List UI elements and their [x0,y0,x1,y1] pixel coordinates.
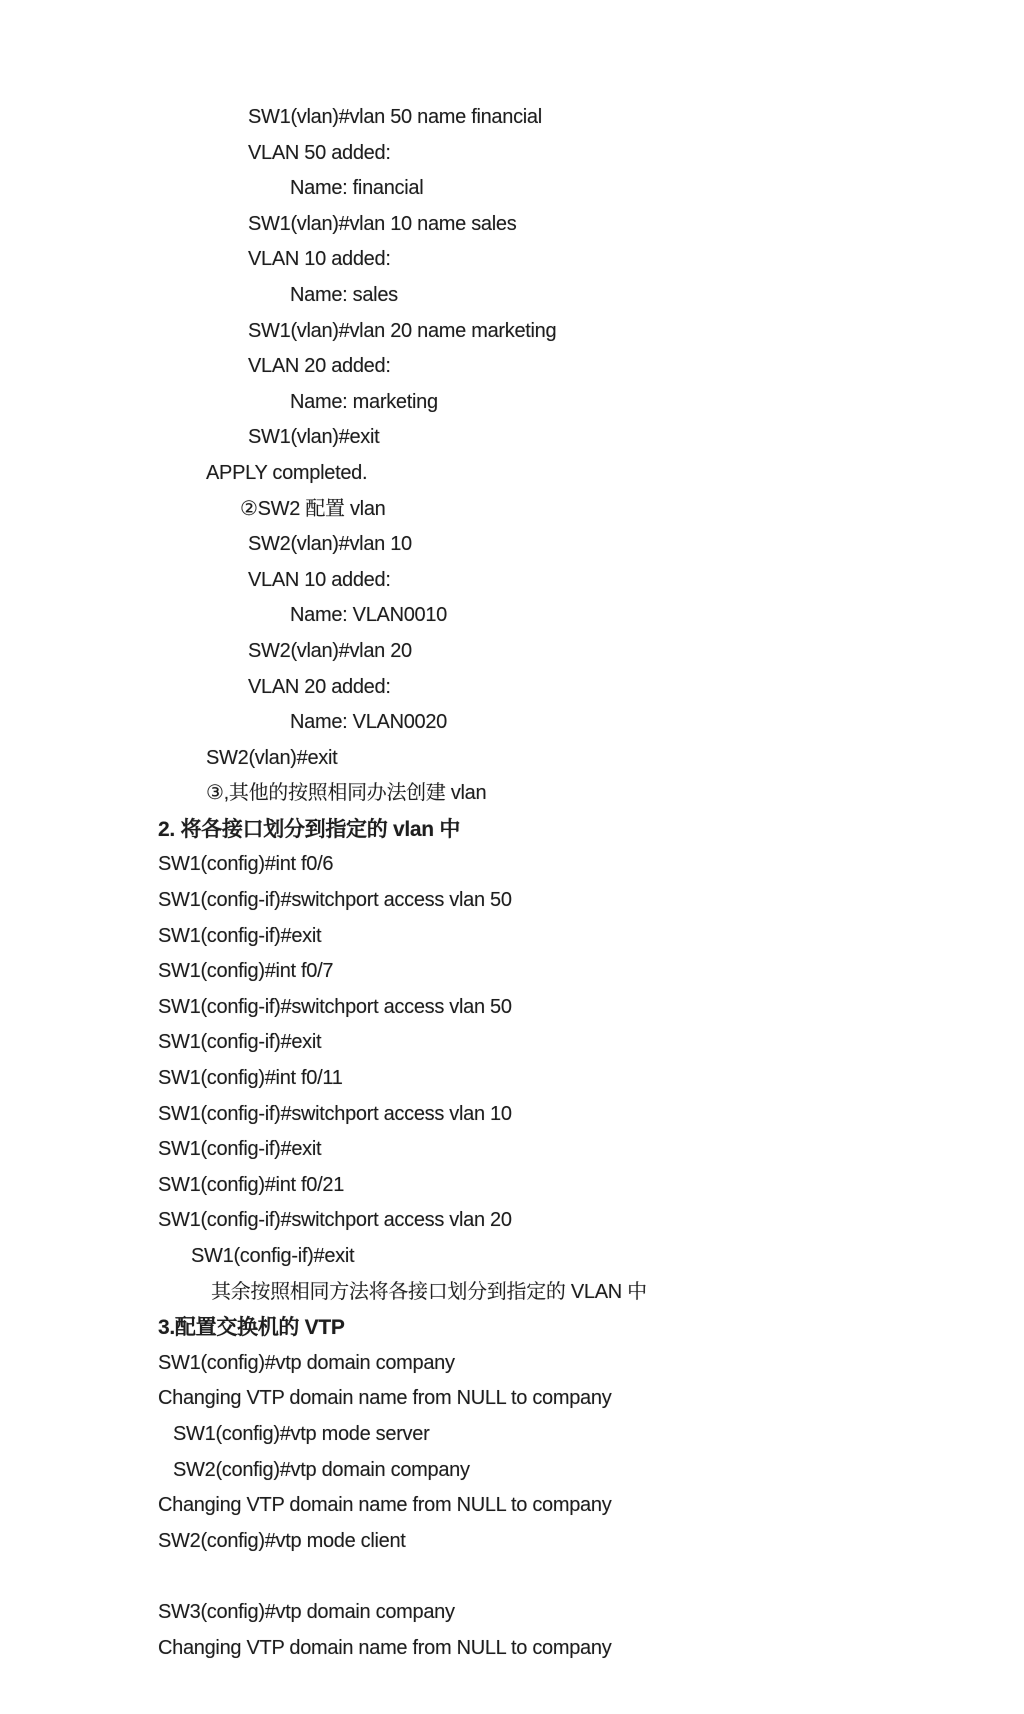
text-line: VLAN 10 added: [158,563,978,599]
text-line: SW1(config)#int f0/6 [158,847,978,883]
text-line: SW1(config)#int f0/7 [158,954,978,990]
text-line: SW2(config)#vtp domain company [158,1453,978,1489]
text-line: Name: financial [158,171,978,207]
text-line: SW1(config-if)#switchport access vlan 10 [158,1097,978,1133]
text-line: SW1(config)#int f0/11 [158,1061,978,1097]
text-line: SW1(config-if)#switchport access vlan 20 [158,1203,978,1239]
text-line: 其余按照相同方法将各接口划分到指定的 VLAN 中 [158,1275,978,1311]
text-line: SW1(vlan)#vlan 50 name financial [158,100,978,136]
text-line: SW1(config-if)#exit [158,1025,978,1061]
section-heading: 3.配置交换机的 VTP [158,1310,978,1346]
text-line: VLAN 20 added: [158,670,978,706]
text-line: SW1(config-if)#switchport access vlan 50 [158,883,978,919]
section-heading: 2. 将各接口划分到指定的 vlan 中 [158,812,978,848]
text-line: SW1(config-if)#exit [158,1132,978,1168]
text-line: SW1(vlan)#vlan 20 name marketing [158,314,978,350]
text-line: SW2(vlan)#vlan 10 [158,527,978,563]
text-line: Name: marketing [158,385,978,421]
text-line: VLAN 50 added: [158,136,978,172]
text-line: SW1(config-if)#exit [158,919,978,955]
text-line: SW1(config-if)#exit [158,1239,978,1275]
document-content: SW1(vlan)#vlan 50 name financialVLAN 50 … [158,100,978,1666]
text-line: SW2(config)#vtp mode client [158,1524,978,1560]
text-line: SW2(vlan)#vlan 20 [158,634,978,670]
text-line: SW1(config)#int f0/21 [158,1168,978,1204]
text-line: Name: sales [158,278,978,314]
text-line: SW3(config)#vtp domain company [158,1595,978,1631]
text-line: Changing VTP domain name from NULL to co… [158,1631,978,1667]
document-page: SW1(vlan)#vlan 50 name financialVLAN 50 … [0,0,1024,1714]
text-line: SW1(vlan)#exit [158,420,978,456]
text-line: VLAN 20 added: [158,349,978,385]
text-line: Name: VLAN0020 [158,705,978,741]
text-line: ③,其他的按照相同办法创建 vlan [158,776,978,812]
text-line: VLAN 10 added: [158,242,978,278]
text-line [158,1559,978,1595]
text-line: ②SW2 配置 vlan [158,492,978,528]
text-line: SW1(config-if)#switchport access vlan 50 [158,990,978,1026]
text-line: SW1(config)#vtp mode server [158,1417,978,1453]
text-line: SW2(vlan)#exit [158,741,978,777]
text-line: SW1(config)#vtp domain company [158,1346,978,1382]
text-line: SW1(vlan)#vlan 10 name sales [158,207,978,243]
text-line: Name: VLAN0010 [158,598,978,634]
text-line: Changing VTP domain name from NULL to co… [158,1488,978,1524]
text-line: Changing VTP domain name from NULL to co… [158,1381,978,1417]
text-line: APPLY completed. [158,456,978,492]
